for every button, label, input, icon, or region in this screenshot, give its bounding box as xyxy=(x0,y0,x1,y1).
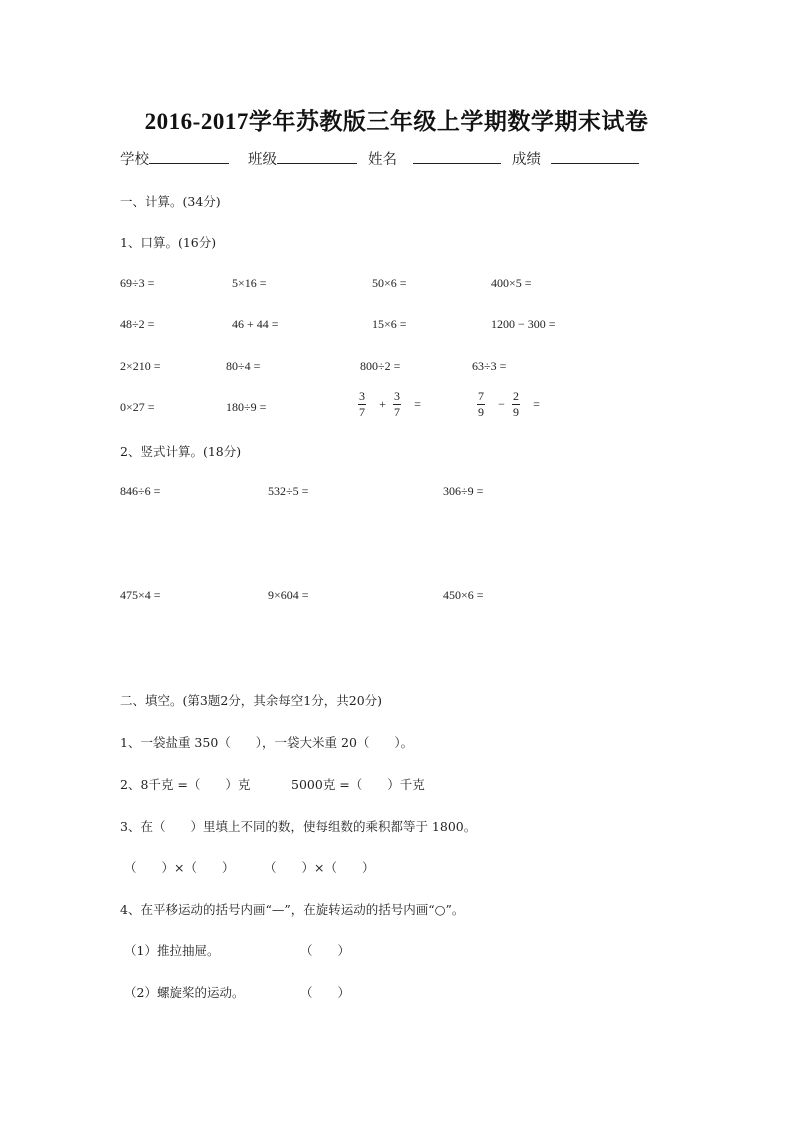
oral-item: 48÷2 = xyxy=(120,317,154,332)
question-3-blank-2[interactable]: （ ）×（ ） xyxy=(264,858,374,876)
oral-item: 80÷4 = xyxy=(226,359,260,374)
oral-item: 1200 − 300 = xyxy=(491,317,556,332)
q4-item-answer[interactable]: （ ） xyxy=(300,983,350,1001)
oral-item: 0×27 = xyxy=(120,400,155,415)
question-4: 4、在平移运动的括号内画“—”，在旋转运动的括号内画“○”。 xyxy=(120,900,464,918)
page-title: 2016-2017学年苏教版三年级上学期数学期末试卷 xyxy=(0,103,793,136)
score-blank[interactable] xyxy=(551,149,639,164)
oral-item: 2×210 = xyxy=(120,359,161,374)
oral-item: 800÷2 = xyxy=(360,359,400,374)
school-label: 学校 xyxy=(120,152,149,168)
question-2b: 5000克 =（ ）千克 xyxy=(291,775,425,793)
class-label: 班级 xyxy=(248,152,277,168)
vertical-item: 532÷5 = xyxy=(268,484,308,499)
oral-item: 50×6 = xyxy=(372,276,407,291)
oral-item: 180÷9 = xyxy=(226,400,266,415)
fraction: 29 xyxy=(512,390,520,419)
name-field: 姓名 xyxy=(368,148,501,169)
class-blank[interactable] xyxy=(277,149,357,164)
part1-heading: 1、口算。(16分) xyxy=(120,233,216,251)
q4-item-label: （1）推拉抽屉。 xyxy=(124,941,219,959)
question-3-blank-1[interactable]: （ ）×（ ） xyxy=(124,858,234,876)
vertical-item: 846÷6 = xyxy=(120,484,160,499)
q4-item-label: （2）螺旋桨的运动。 xyxy=(124,983,244,1001)
fraction-addition: 37 + 37 = xyxy=(358,390,423,419)
question-2a: 2、8千克 =（ ）克 xyxy=(120,775,250,793)
oral-item: 63÷3 = xyxy=(472,359,506,374)
fraction-subtraction: 79 − 29 = xyxy=(477,390,542,419)
section1-heading: 一、计算。(34分) xyxy=(120,192,221,210)
oral-item: 46 + 44 = xyxy=(232,317,279,332)
oral-item: 15×6 = xyxy=(372,317,407,332)
section2-heading: 二、填空。(第3题2分，其余每空1分，共20分) xyxy=(120,691,382,709)
school-field: 学校 xyxy=(120,148,229,169)
score-label: 成绩 xyxy=(512,152,541,168)
oral-item: 5×16 = xyxy=(232,276,267,291)
fraction: 37 xyxy=(358,390,366,419)
vertical-item: 9×604 = xyxy=(268,588,309,603)
part2-heading: 2、竖式计算。(18分) xyxy=(120,442,241,460)
school-blank[interactable] xyxy=(149,149,229,164)
score-field: 成绩 xyxy=(512,148,639,169)
vertical-item: 475×4 = xyxy=(120,588,161,603)
fraction: 37 xyxy=(393,390,401,419)
class-field: 班级 xyxy=(248,148,357,169)
name-blank[interactable] xyxy=(413,149,501,164)
oral-item: 69÷3 = xyxy=(120,276,154,291)
name-label: 姓名 xyxy=(368,152,397,168)
q4-item-answer[interactable]: （ ） xyxy=(300,941,350,959)
question-1: 1、一袋盐重 350（ ），一袋大米重 20（ ）。 xyxy=(120,733,413,751)
question-3: 3、在（ ）里填上不同的数，使每组数的乘积都等于 1800。 xyxy=(120,817,476,835)
oral-item: 400×5 = xyxy=(491,276,532,291)
vertical-item: 306÷9 = xyxy=(443,484,483,499)
fraction: 79 xyxy=(477,390,485,419)
vertical-item: 450×6 = xyxy=(443,588,484,603)
